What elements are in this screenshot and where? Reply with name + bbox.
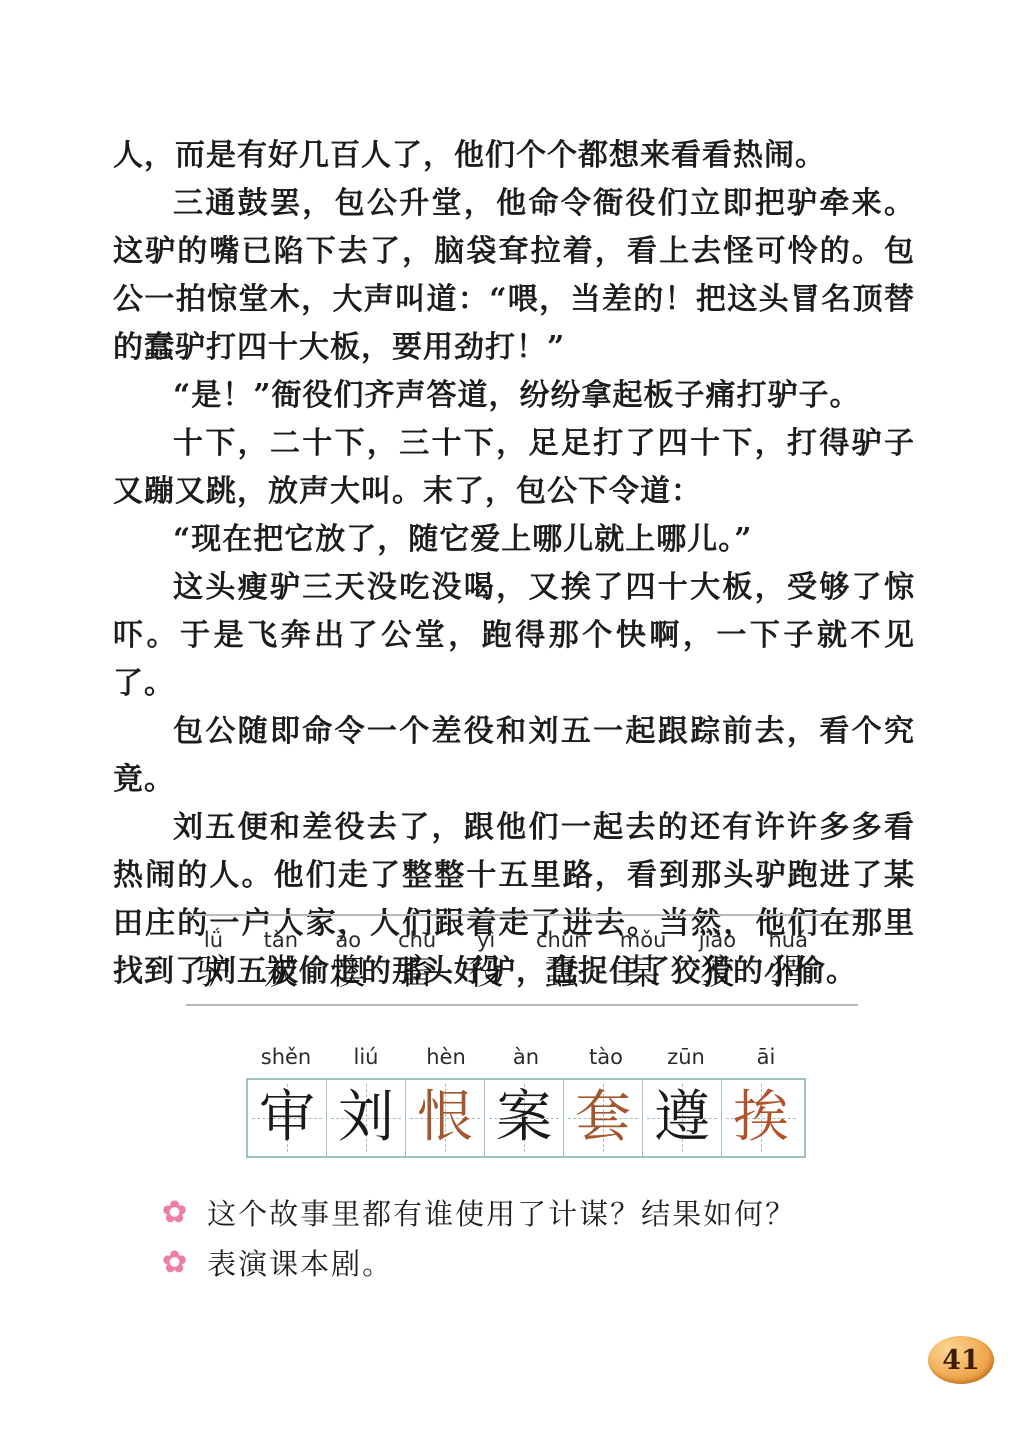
textbook-page: 人，而是有好几百人了，他们个个都想来看看热闹。 三通鼓罢，包公升堂，他命令衙役们… <box>0 0 1024 1439</box>
story-paragraph: 这头瘦驴三天没吃没喝，又挨了四十大板，受够了惊吓。于是飞奔出了公堂，跑得那个快啊… <box>113 564 915 708</box>
pinyin-label: ào <box>331 928 366 952</box>
question-item: ✿ 表演课本剧。 <box>162 1244 796 1284</box>
question-text: 这个故事里都有谁使用了计谋？结果如何？ <box>207 1194 796 1234</box>
page-number: 41 <box>942 1345 980 1376</box>
story-paragraph: “现在把它放了，随它爱上哪儿就上哪儿。” <box>113 516 915 564</box>
pinyin-label: chù <box>398 928 436 952</box>
tianzige-cell: 挨 <box>722 1080 800 1156</box>
hanzi-character: 懊 <box>331 952 366 994</box>
tianzige-cell: 套 <box>564 1080 643 1156</box>
pinyin-label: liú <box>326 1042 406 1072</box>
recognition-entry: jiǎo 狡 <box>699 928 736 994</box>
pinyin-label: hèn <box>406 1042 486 1072</box>
hanzi-character: 驴 <box>196 952 231 994</box>
pinyin-label: āi <box>726 1042 806 1072</box>
questions-section: ✿ 这个故事里都有谁使用了计谋？结果如何？ ✿ 表演课本剧。 <box>162 1194 796 1294</box>
hanzi-character: 审 <box>259 1080 315 1156</box>
pinyin-label: mǒu <box>620 928 667 952</box>
flower-bullet-icon: ✿ <box>162 1194 187 1232</box>
pinyin-label: tàn <box>263 928 298 952</box>
hanzi-character: 蠢 <box>536 952 587 994</box>
hanzi-character: 狡 <box>699 952 736 994</box>
hanzi-character: 刘 <box>338 1080 394 1156</box>
story-paragraph: 三通鼓罢，包公升堂，他命令衙役们立即把驴牵来。这驴的嘴已陷下去了，脑袋耷拉着，看… <box>113 180 915 372</box>
tianzige-grid: 审 刘 恨 案 套 遵 挨 <box>246 1078 806 1158</box>
flower-bullet-icon: ✿ <box>162 1244 187 1282</box>
recognition-character-table: lǘ 驴 tàn 炭 ào 懊 chù 畜 yì 役 chǔn 蠢 mǒu 某 … <box>186 914 858 1006</box>
pinyin-label: huá <box>768 928 808 952</box>
hanzi-character: 案 <box>496 1080 552 1156</box>
tianzige-cell: 刘 <box>327 1080 406 1156</box>
tianzige-cell: 案 <box>485 1080 564 1156</box>
recognition-entry: tàn 炭 <box>263 928 298 994</box>
pinyin-label: àn <box>486 1042 566 1072</box>
pinyin-label: chǔn <box>536 928 587 952</box>
recognition-entry: chǔn 蠢 <box>536 928 587 994</box>
question-text: 表演课本剧。 <box>207 1244 393 1284</box>
recognition-entry: ào 懊 <box>331 928 366 994</box>
pinyin-label: tào <box>566 1042 646 1072</box>
pinyin-label: lǘ <box>196 928 231 952</box>
tianzige-cell: 恨 <box>406 1080 485 1156</box>
writing-practice-table: shěn liú hèn àn tào zūn āi 审 刘 恨 案 套 <box>246 1042 806 1158</box>
writing-pinyin-row: shěn liú hèn àn tào zūn āi <box>246 1042 806 1072</box>
recognition-entry: yì 役 <box>469 928 504 994</box>
pinyin-label: jiǎo <box>699 928 736 952</box>
recognition-entry: lǘ 驴 <box>196 928 231 994</box>
recognition-entry: mǒu 某 <box>620 928 667 994</box>
hanzi-character: 猾 <box>768 952 808 994</box>
recognition-entry: chù 畜 <box>398 928 436 994</box>
page-number-badge: 41 <box>928 1336 994 1384</box>
story-paragraph: 十下，二十下，三十下，足足打了四十下，打得驴子又蹦又跳，放声大叫。末了，包公下令… <box>113 420 915 516</box>
hanzi-character: 恨 <box>417 1080 473 1156</box>
tianzige-cell: 遵 <box>643 1080 722 1156</box>
question-item: ✿ 这个故事里都有谁使用了计谋？结果如何？ <box>162 1194 796 1234</box>
pinyin-label: zūn <box>646 1042 726 1072</box>
hanzi-character: 炭 <box>263 952 298 994</box>
tianzige-cell: 审 <box>248 1080 327 1156</box>
recognition-entry: huá 猾 <box>768 928 808 994</box>
story-paragraph: “是！”衙役们齐声答道，纷纷拿起板子痛打驴子。 <box>113 372 915 420</box>
hanzi-character: 役 <box>469 952 504 994</box>
pinyin-label: yì <box>469 928 504 952</box>
hanzi-character: 畜 <box>398 952 436 994</box>
hanzi-character: 套 <box>575 1080 631 1156</box>
story-text-block: 人，而是有好几百人了，他们个个都想来看看热闹。 三通鼓罢，包公升堂，他命令衙役们… <box>113 132 915 996</box>
hanzi-character: 遵 <box>654 1080 710 1156</box>
hanzi-character: 某 <box>620 952 667 994</box>
story-paragraph: 包公随即命令一个差役和刘五一起跟踪前去，看个究竟。 <box>113 708 915 804</box>
story-paragraph: 人，而是有好几百人了，他们个个都想来看看热闹。 <box>113 132 915 180</box>
pinyin-label: shěn <box>246 1042 326 1072</box>
hanzi-character: 挨 <box>733 1080 789 1156</box>
